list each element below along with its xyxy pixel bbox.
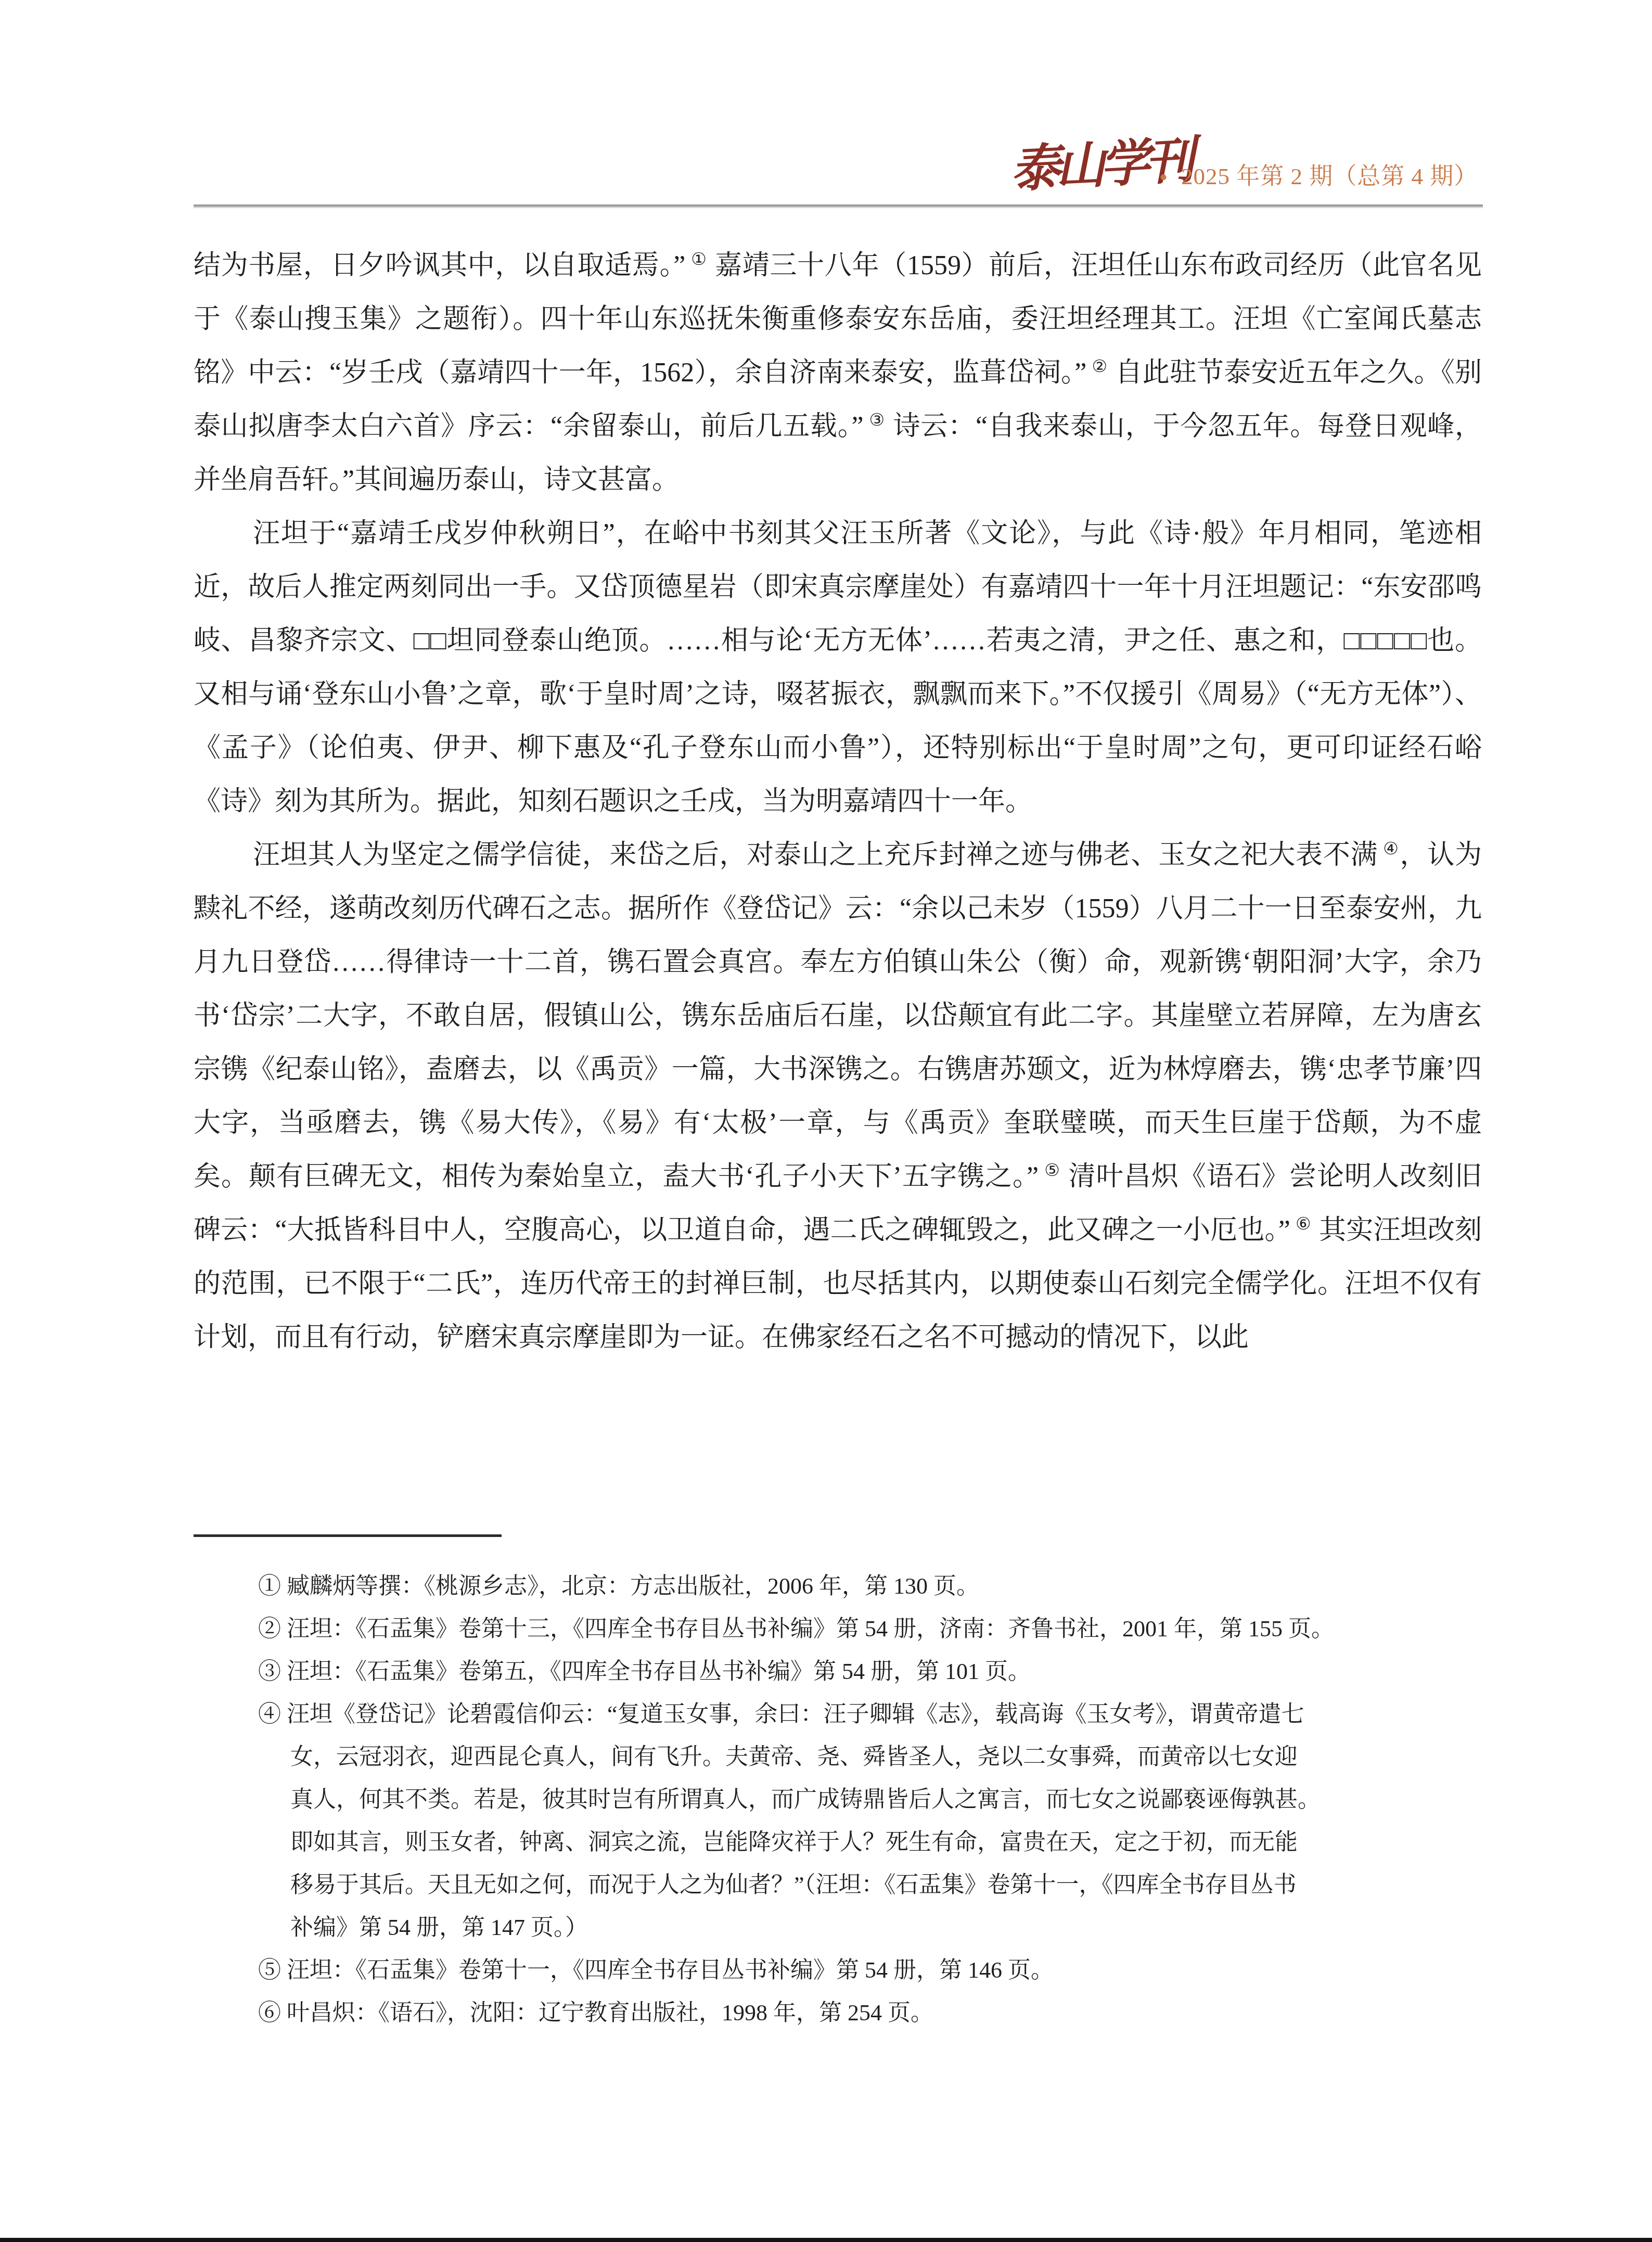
header-rule: [194, 204, 1483, 208]
footnote-line: 女，云冠羽衣，迎西昆仑真人，间有飞升。夫黄帝、尧、舜皆圣人，尧以二女事舜，而黄帝…: [258, 1736, 1484, 1778]
dot-separator-icon: •: [1159, 165, 1168, 189]
footnote-item: ② 汪坦：《石盂集》卷第十三，《四库全书存目丛书补编》第 54 册，济南：齐鲁书…: [258, 1608, 1484, 1650]
footnotes: ① 臧麟炳等撰：《桃源乡志》，北京：方志出版社，2006 年，第 130 页。②…: [258, 1565, 1484, 2034]
footnote-line: 即如其言，则玉女者，钟离、洞宾之流，岂能降灾祥于人？死生有命，富贵在天，定之于初…: [258, 1821, 1484, 1864]
footnote-line: ① 臧麟炳等撰：《桃源乡志》，北京：方志出版社，2006 年，第 130 页。: [258, 1565, 1484, 1608]
footnote-line: ⑥ 叶昌炽：《语石》，沈阳：辽宁教育出版社，1998 年，第 254 页。: [258, 1992, 1484, 2034]
footnote-line: 移易于其后。天且无如之何，而况于人之为仙者？”（汪坦：《石盂集》卷第十一，《四库…: [258, 1864, 1484, 1906]
page-bottom-edge: [0, 2238, 1652, 2242]
footnote-ref: ④: [1383, 840, 1399, 859]
article-body: 结为书屋，日夕吟讽其中，以自取适焉。”① 嘉靖三十八年（1559）前后，汪坦任山…: [194, 239, 1482, 1364]
footnote-ref: ③: [869, 411, 885, 430]
footnote-ref: ⑤: [1044, 1161, 1060, 1180]
journal-page: 泰山学刊 • 2025 年第 2 期（总第 4 期） 结为书屋，日夕吟讽其中，以…: [0, 0, 1652, 2242]
issue-info: 2025 年第 2 期（总第 4 期）: [1181, 162, 1478, 190]
paragraph: 汪坦于“嘉靖壬戌岁仲秋朔日”，在峪中书刻其父汪玉所著《文论》，与此《诗·般》年月…: [194, 507, 1482, 828]
footnote-line: ③ 汪坦：《石盂集》卷第五，《四库全书存目丛书补编》第 54 册，第 101 页…: [258, 1650, 1484, 1693]
footnote-ref: ②: [1092, 357, 1107, 376]
footnote-line: 真人，何其不类。若是，彼其时岂有所谓真人，而广成铸鼎皆后人之寓言，而七女之说鄙亵…: [258, 1778, 1484, 1821]
footnote-item: ③ 汪坦：《石盂集》卷第五，《四库全书存目丛书补编》第 54 册，第 101 页…: [258, 1650, 1484, 1693]
footnote-item: ① 臧麟炳等撰：《桃源乡志》，北京：方志出版社，2006 年，第 130 页。: [258, 1565, 1484, 1608]
footnote-item: ④ 汪坦《登岱记》论碧霞信仰云：“复道玉女事，余曰：汪子卿辑《志》，载高诲《玉女…: [258, 1693, 1484, 1949]
footnote-ref: ①: [690, 250, 707, 269]
footnote-line: ⑤ 汪坦：《石盂集》卷第十一，《四库全书存目丛书补编》第 54 册，第 146 …: [258, 1949, 1484, 1992]
footnote-divider: [194, 1534, 502, 1537]
footnote-item: ⑥ 叶昌炽：《语石》，沈阳：辽宁教育出版社，1998 年，第 254 页。: [258, 1992, 1484, 2034]
footnote-line: 补编》第 54 册，第 147 页。）: [258, 1906, 1484, 1949]
footnote-line: ② 汪坦：《石盂集》卷第十三，《四库全书存目丛书补编》第 54 册，济南：齐鲁书…: [258, 1608, 1484, 1650]
footnote-item: ⑤ 汪坦：《石盂集》卷第十一，《四库全书存目丛书补编》第 54 册，第 146 …: [258, 1949, 1484, 1992]
paragraph: 结为书屋，日夕吟讽其中，以自取适焉。”① 嘉靖三十八年（1559）前后，汪坦任山…: [194, 239, 1482, 507]
paragraph: 汪坦其人为坚定之儒学信徒，来岱之后，对泰山之上充斥封禅之迹与佛老、玉女之祀大表不…: [194, 828, 1482, 1364]
footnote-line: ④ 汪坦《登岱记》论碧霞信仰云：“复道玉女事，余曰：汪子卿辑《志》，载高诲《玉女…: [258, 1693, 1484, 1736]
footnote-ref: ⑥: [1296, 1215, 1311, 1234]
